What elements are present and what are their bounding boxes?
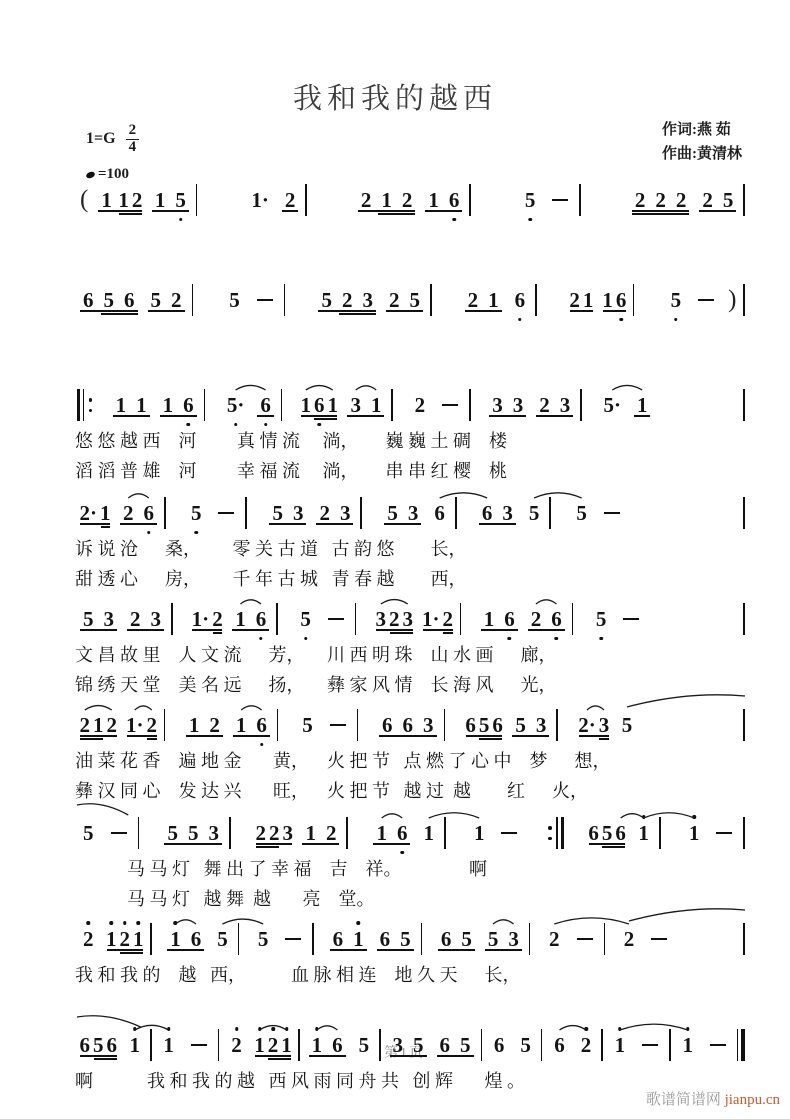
barline	[549, 497, 551, 529]
dash-note	[698, 299, 714, 301]
octave-dot-below	[234, 423, 238, 427]
barline	[150, 1029, 152, 1061]
note-group: 16	[158, 391, 199, 419]
note-token: 6	[549, 1031, 570, 1059]
note-group: 16	[601, 286, 628, 314]
beam-line	[164, 843, 222, 845]
dash-note	[651, 938, 667, 940]
note-group: 1	[125, 1031, 146, 1059]
note-group: 5	[78, 819, 99, 847]
note-group: 5	[571, 499, 592, 527]
dash-note	[642, 1044, 658, 1046]
barline	[579, 184, 581, 216]
note-group: 1·2	[125, 711, 159, 739]
barline	[541, 1029, 543, 1061]
note-group: 6	[255, 391, 276, 419]
barline	[743, 497, 745, 529]
note-group: 23	[125, 605, 166, 633]
note-group: 112	[96, 186, 144, 214]
beam-line	[192, 629, 222, 631]
beam-line	[390, 1055, 427, 1057]
beam-line	[579, 735, 609, 737]
note-token: 5	[591, 605, 612, 633]
octave-dot-below	[179, 218, 183, 222]
barline	[469, 184, 471, 216]
barline	[276, 603, 278, 635]
barline	[346, 817, 348, 849]
note-group: 5·	[598, 391, 626, 419]
dash-note	[111, 832, 127, 834]
barline	[743, 184, 745, 216]
octave-dot-above	[167, 1027, 171, 1031]
music-row: (112151·221216522225	[75, 185, 747, 215]
note-group: 5	[591, 605, 612, 633]
beam-line	[437, 1055, 474, 1057]
barline	[357, 709, 359, 741]
octave-dot-below	[187, 423, 191, 427]
barline	[305, 184, 307, 216]
octave-dot-below	[599, 637, 603, 641]
note-group: 656	[78, 286, 140, 314]
lyric-row: 锦 绣 天 堂 美 名 远 扬， 彝 家 风 情 长 海 风 光，	[75, 671, 557, 697]
note-group: 212	[356, 186, 418, 214]
octave-dot-below	[452, 218, 456, 222]
octave-dot-below	[528, 218, 532, 222]
note-token: 5	[297, 711, 318, 739]
lyric-row: 悠 悠 越 西 河 真 情 流 淌， 巍 巍 土 碉 楼	[75, 427, 507, 453]
note-group: 11	[111, 391, 152, 419]
beam-line	[186, 735, 223, 737]
note-group: 26	[526, 605, 567, 633]
note-group: 1·2	[421, 605, 455, 633]
barline	[460, 603, 462, 635]
note-token: 5	[78, 819, 99, 847]
note-token: 1	[610, 1031, 631, 1059]
note-group: 523	[316, 286, 378, 314]
beam-line	[98, 210, 142, 212]
beam-line	[379, 735, 437, 737]
octave-dot-above	[315, 1027, 319, 1031]
beam-line	[160, 415, 197, 417]
dash-note	[623, 618, 639, 620]
beam-line	[384, 523, 421, 525]
barline	[204, 389, 206, 421]
beam-line	[316, 523, 353, 525]
barline	[430, 284, 432, 316]
note-group: 5	[354, 1031, 375, 1059]
barline	[284, 284, 286, 316]
dash-note	[501, 832, 517, 834]
note-group: 35	[388, 1031, 429, 1059]
dash-note	[604, 512, 620, 514]
beam-line	[570, 310, 593, 312]
octave-dot-above	[123, 921, 127, 925]
barline	[379, 1029, 381, 1061]
barline	[164, 709, 166, 741]
barline	[604, 923, 606, 955]
note-group: 5	[617, 711, 638, 739]
octave-dot-above	[584, 1027, 588, 1031]
note-group: 6	[429, 499, 450, 527]
note-token: 5·	[598, 391, 626, 419]
beam-line	[302, 843, 339, 845]
parenthesis: (	[75, 185, 93, 215]
beam-line	[318, 310, 376, 312]
octave-dot-above	[235, 1027, 239, 1031]
note-group: 1	[632, 391, 653, 419]
octave-dot-below	[674, 318, 678, 322]
beam-line	[80, 735, 117, 737]
score: (112151·2212165222256565255232521621165)…	[0, 0, 790, 1119]
note-token: 2	[410, 391, 431, 419]
octave-dot-above	[258, 1027, 262, 1031]
music-row: 555322312161165611	[75, 818, 747, 848]
note-token: 6	[510, 286, 531, 314]
note-group: 53	[382, 499, 423, 527]
note-token: 2	[78, 925, 99, 953]
octave-dot-below	[400, 851, 404, 855]
note-group: 121	[105, 925, 146, 953]
watermark: 歌谱简谱网 jianpu.cn	[646, 1088, 780, 1109]
barline	[535, 284, 537, 316]
beam-line	[466, 735, 503, 737]
dash-note	[552, 199, 568, 201]
beam-line	[127, 629, 164, 631]
slur-arcs	[75, 480, 747, 500]
beam-line	[489, 415, 526, 417]
note-token: 1	[158, 1031, 179, 1059]
note-group: 121	[253, 1031, 294, 1059]
note-group: 21	[463, 286, 504, 314]
note-group: 5	[666, 286, 687, 314]
barline	[572, 603, 574, 635]
beam-line	[465, 310, 502, 312]
note-group: 12	[184, 711, 225, 739]
beam-line	[358, 210, 416, 212]
barline	[455, 497, 457, 529]
music-row: 6565255232521621165)	[75, 285, 747, 315]
music-line: 11165·616131233235·1悠 悠 越 西 河 真 情 流 淌， 巍…	[75, 390, 747, 420]
note-group: 2	[544, 925, 565, 953]
barline	[192, 284, 194, 316]
beam-line	[257, 415, 274, 417]
lyric-row: 我 和 我 的 越 西， 血 脉 相 连 地 久 天 长，	[75, 961, 521, 987]
lyric-row: 诉 说 沧 桑， 零 关 古 道 古 韵 悠 长，	[75, 535, 467, 561]
beam-line	[632, 210, 690, 212]
dash-note	[442, 404, 458, 406]
lyric-row: 马 马 灯 越 舞 越 亮 堂。	[127, 885, 375, 911]
note-group: 1·	[246, 186, 274, 214]
barline	[481, 1029, 483, 1061]
octave-dot-above	[642, 815, 646, 819]
note-group: 6	[510, 286, 531, 314]
octave-dot-above	[110, 921, 114, 925]
note-group: 6	[489, 1031, 510, 1059]
barline	[421, 923, 423, 955]
music-line: 555322312161165611马 马 灯 舞 出 了 幸 福 吉 祥。 啊…	[75, 818, 747, 848]
note-group: 52	[146, 286, 187, 314]
beam-line	[233, 735, 270, 737]
barline	[150, 923, 152, 955]
beam-line	[438, 949, 475, 951]
music-line: 212116556165655322我 和 我 的 越 西， 血 脉 相 连 地…	[75, 924, 747, 954]
note-group: 5	[212, 925, 233, 953]
note-group: 16	[231, 711, 272, 739]
barline	[355, 603, 357, 635]
octave-dot-above	[686, 1027, 690, 1031]
note-group: 656	[78, 1031, 119, 1059]
octave-dot-above	[87, 921, 91, 925]
beam-line	[330, 949, 367, 951]
barline	[238, 923, 240, 955]
note-group: 222	[630, 186, 692, 214]
note-group: 5	[524, 499, 545, 527]
note-token: 5	[295, 605, 316, 633]
octave-dot-below	[619, 318, 623, 322]
barline	[743, 603, 745, 635]
beam-line	[80, 310, 138, 312]
barline	[229, 817, 231, 849]
beam-line	[282, 210, 299, 212]
note-group: 663	[377, 711, 439, 739]
lyric-row: 油 菜 花 香 遍 地 金 黄， 火 把 节 点 燃 了 心 中 梦 想，	[75, 747, 611, 773]
beam-line	[301, 415, 338, 417]
note-token: 1	[125, 1031, 146, 1059]
note-group: 2	[280, 186, 301, 214]
note-group: 656	[464, 711, 505, 739]
note-group: 53	[483, 925, 524, 953]
barline	[164, 497, 166, 529]
note-group: 5	[224, 286, 245, 314]
beam-line	[512, 735, 549, 737]
note-group: 5	[297, 711, 318, 739]
beam-line	[80, 629, 117, 631]
barline	[391, 389, 393, 421]
note-group: 21	[568, 286, 595, 314]
lyric-row: 滔 滔 普 雄 河 幸 福 流 淌， 串 串 红 樱 桃	[75, 457, 507, 483]
beam-line	[347, 415, 384, 417]
note-token: 1	[469, 819, 490, 847]
barline	[659, 817, 661, 849]
octave-dot-below	[518, 318, 522, 322]
octave-dot-below	[304, 637, 308, 641]
note-group: 2	[619, 925, 640, 953]
beam-line	[107, 949, 144, 951]
note-group: 2·3	[577, 711, 611, 739]
note-group: 23	[314, 499, 355, 527]
music-row: 2121·212165663656532·35	[75, 710, 747, 740]
barline	[312, 923, 314, 955]
lyric-row: 彝 汉 同 心 发 达 兴 旺， 火 把 节 越 过 越 红 火，	[75, 777, 588, 803]
note-group: 26	[118, 499, 159, 527]
octave-dot-above	[133, 1027, 137, 1031]
note-group: 23	[534, 391, 575, 419]
slur-arcs	[75, 267, 747, 287]
note-group: 61	[328, 925, 369, 953]
beam-line	[386, 310, 423, 312]
beam-line	[148, 310, 185, 312]
note-group: 553	[162, 819, 224, 847]
note-token: 2	[576, 1031, 597, 1059]
octave-dot-above	[137, 921, 141, 925]
beam-line	[485, 949, 522, 951]
barline	[218, 1029, 220, 1061]
beam-line	[127, 735, 157, 737]
music-line: 6565255232521621165)	[75, 285, 747, 315]
repeat-start-barline	[77, 389, 94, 421]
note-token: 5	[253, 925, 274, 953]
slur-arcs	[75, 167, 747, 187]
dash-note	[710, 1044, 726, 1046]
note-token: 1	[678, 1031, 699, 1059]
music-line: 2·126553235366355诉 说 沧 桑， 零 关 古 道 古 韵 悠 …	[75, 498, 747, 528]
octave-dot-below	[147, 531, 151, 535]
note-group: 16	[423, 186, 464, 214]
barline	[298, 1029, 300, 1061]
note-token: 5	[617, 711, 638, 739]
beam-line	[309, 1055, 346, 1057]
note-group: 2	[78, 925, 99, 953]
note-group: 1	[158, 1031, 179, 1059]
parenthesis: )	[723, 285, 741, 315]
dash-note	[218, 512, 234, 514]
octave-dot-below	[317, 423, 321, 427]
music-line: 53231·21653231·216265文 昌 故 里 人 文 流 芳， 川 …	[75, 604, 747, 634]
beam-line	[255, 1055, 292, 1057]
beam-line	[376, 629, 413, 631]
note-group: 16	[479, 605, 520, 633]
octave-dot-above	[618, 1027, 622, 1031]
dash-note	[328, 618, 344, 620]
note-group: 2·1	[78, 499, 112, 527]
octave-dot-below	[555, 637, 559, 641]
barline	[360, 497, 362, 529]
barline	[444, 709, 446, 741]
note-group: 65	[435, 1031, 476, 1059]
dash-note	[285, 938, 301, 940]
music-row: 53231·21653231·216265	[75, 604, 747, 634]
note-token: 2	[619, 925, 640, 953]
note-group: 5	[186, 499, 207, 527]
beam-line	[528, 629, 565, 631]
dash-note	[716, 832, 732, 834]
note-group: 656	[587, 819, 628, 847]
note-token: 5	[212, 925, 233, 953]
note-group: 323	[374, 605, 415, 633]
beam-line	[536, 415, 573, 417]
note-token: 5	[224, 286, 245, 314]
note-group: 1	[418, 819, 439, 847]
dash-note	[577, 938, 593, 940]
barline	[138, 817, 140, 849]
lyric-row: 马 马 灯 舞 出 了 幸 福 吉 祥。 啊	[127, 855, 487, 881]
beam-line	[603, 310, 626, 312]
note-token: 5	[354, 1031, 375, 1059]
watermark-site-url[interactable]: jianpu.cn	[725, 1092, 780, 1108]
beam-line	[373, 843, 410, 845]
beam-line	[481, 629, 518, 631]
note-group: 223	[254, 819, 295, 847]
barline	[743, 923, 745, 955]
note-group: 2	[226, 1031, 247, 1059]
note-group: 5	[295, 605, 316, 633]
note-group: 1·2	[190, 605, 224, 633]
beam-line	[80, 1055, 117, 1057]
note-token: 5·	[222, 391, 250, 419]
note-group: 65	[436, 925, 477, 953]
beam-line	[152, 210, 189, 212]
note-group: 5	[520, 186, 541, 214]
octave-dot-below	[194, 531, 198, 535]
note-group: 161	[299, 391, 340, 419]
note-group: 5	[515, 1031, 536, 1059]
note-group: 1	[633, 819, 654, 847]
music-line: 6561121211653565656211啊 我 和 我 的 越 西 风 雨 …	[75, 1030, 747, 1060]
lyric-row: 文 昌 故 里 人 文 流 芳， 川 西 明 珠 山 水 画 廊，	[75, 641, 557, 667]
barline	[743, 389, 745, 421]
barline	[196, 184, 198, 216]
note-token: 6	[489, 1031, 510, 1059]
note-group: 6	[549, 1031, 570, 1059]
barline	[580, 389, 582, 421]
music-row: 2·126553235366355	[75, 498, 747, 528]
note-group: 65	[375, 925, 416, 953]
lyric-row: 甜 透 心 房， 千 年 古 城 青 春 越 西，	[75, 565, 467, 591]
note-group: 33	[487, 391, 528, 419]
note-token: 5	[571, 499, 592, 527]
beam-line	[167, 949, 204, 951]
octave-dot-below	[508, 637, 512, 641]
note-group: 25	[697, 186, 738, 214]
octave-dot-above	[357, 921, 361, 925]
beam-line	[425, 210, 462, 212]
note-group: 63	[477, 499, 518, 527]
barline	[633, 284, 635, 316]
note-group: 5	[253, 925, 274, 953]
note-group: 16	[165, 925, 206, 953]
music-row: 6561121211653565656211	[75, 1030, 747, 1060]
lyric-row: 啊 我 和 我 的 越 西 风 雨 同 舟 共 创 辉 煌 。	[75, 1067, 525, 1093]
note-token: 1·	[246, 186, 274, 214]
barline	[669, 1029, 671, 1061]
barline	[444, 817, 446, 849]
beam-line	[232, 629, 269, 631]
music-line: (112151·221216522225	[75, 185, 747, 215]
beam-line	[423, 629, 453, 631]
slur-arcs	[75, 372, 747, 392]
barline	[601, 1029, 603, 1061]
note-group: 25	[384, 286, 425, 314]
note-group: 12	[300, 819, 341, 847]
note-group: 53	[267, 499, 308, 527]
dash-note	[191, 1044, 207, 1046]
note-token: 2	[544, 925, 565, 953]
final-barline	[737, 1029, 745, 1061]
note-token: 5	[515, 1031, 536, 1059]
note-group: 53	[78, 605, 119, 633]
octave-dot-below	[264, 423, 268, 427]
barline	[743, 817, 745, 849]
beam-line	[634, 415, 651, 417]
music-row: 212116556165655322	[75, 924, 747, 954]
note-token: 6	[429, 499, 450, 527]
note-token: 2	[226, 1031, 247, 1059]
barline	[245, 497, 247, 529]
dash-note	[330, 724, 346, 726]
note-group: 16	[230, 605, 271, 633]
note-group: 1	[610, 1031, 631, 1059]
barline	[171, 603, 173, 635]
